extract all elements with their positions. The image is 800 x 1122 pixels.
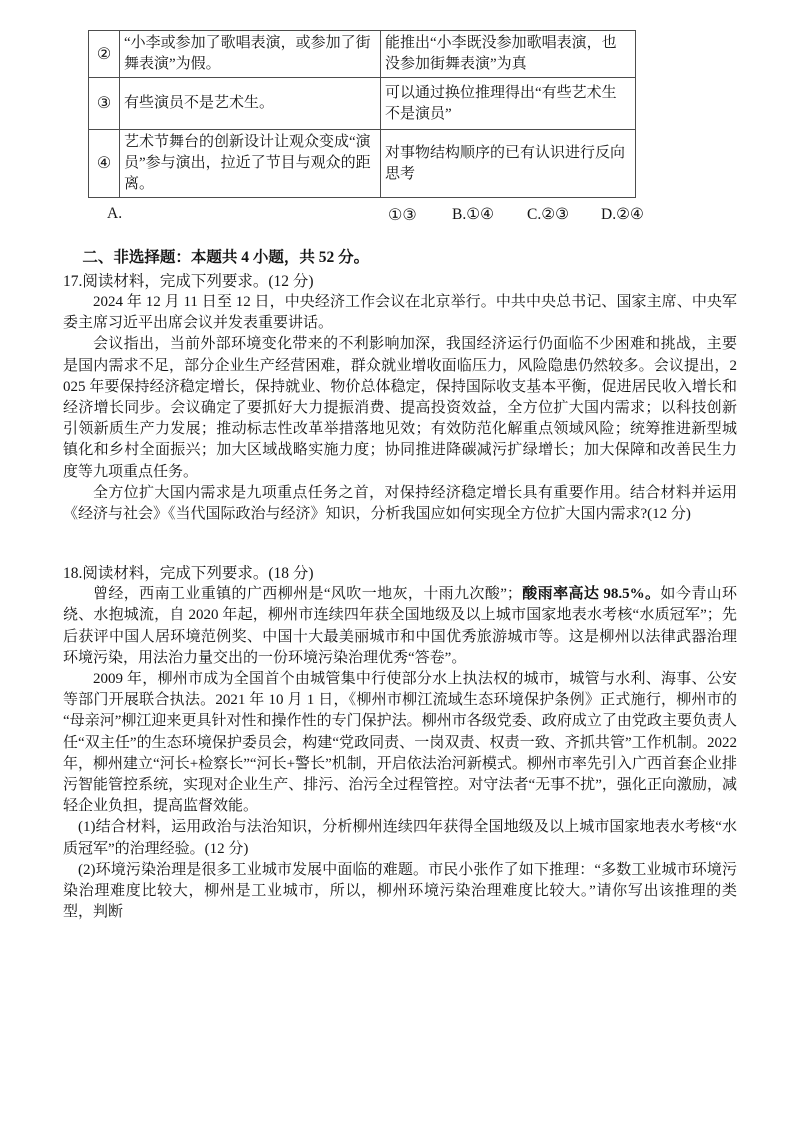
section-two-heading: 二、非选择题：本题共 4 小题，共 52 分。 bbox=[63, 247, 737, 268]
q18-paragraph-2: 2009 年，柳州市成为全国首个由城管集中行使部分水上执法权的城市，城管与水利、… bbox=[63, 669, 737, 817]
row-number: ② bbox=[89, 31, 120, 78]
question-17-title: 17.阅读材料，完成下列要求。(12 分) bbox=[63, 271, 737, 292]
option-b: B.①④ bbox=[452, 205, 494, 224]
option-c: C.②③ bbox=[527, 205, 569, 224]
option-a-value: ①③ bbox=[388, 205, 417, 225]
q18-p1-segment-before: 曾经，西南工业重镇的广西柳州是“风吹一地灰，十雨九次酸”； bbox=[93, 586, 522, 602]
statement-cell: 有些演员不是艺术生。 bbox=[120, 78, 381, 130]
q18-p1-bold-segment: 酸雨率高达 98.5%。 bbox=[522, 586, 661, 602]
statement-cell: 艺术节舞台的创新设计让观众变成“演员”参与演出，拉近了节目与观众的距离。 bbox=[120, 130, 381, 198]
question-18-title: 18.阅读材料，完成下列要求。(18 分) bbox=[63, 563, 737, 584]
option-d: D.②④ bbox=[601, 205, 644, 224]
reasoning-statements-table: ② “小李或参加了歌唱表演，或参加了街舞表演”为假。 能推出“小李既没参加歌唱表… bbox=[88, 30, 636, 198]
q17-paragraph-2: 会议指出，当前外部环境变化带来的不利影响加深，我国经济运行仍面临不少困难和挑战，… bbox=[63, 334, 737, 482]
q18-subquestion-2: (2)环境污染治理是很多工业城市发展中面临的难题。市民小张作了如下推理：“多数工… bbox=[63, 860, 737, 924]
q18-paragraph-1: 曾经，西南工业重镇的广西柳州是“风吹一地灰，十雨九次酸”；酸雨率高达 98.5%… bbox=[63, 584, 737, 669]
statement-cell: “小李或参加了歌唱表演，或参加了街舞表演”为假。 bbox=[120, 31, 381, 78]
table-row: ② “小李或参加了歌唱表演，或参加了街舞表演”为假。 能推出“小李既没参加歌唱表… bbox=[89, 31, 636, 78]
conclusion-cell: 对事物结构顺序的已有认识进行反向思考 bbox=[381, 130, 636, 198]
conclusion-cell: 可以通过换位推理得出“有些艺术生不是演员” bbox=[381, 78, 636, 130]
table-row: ③ 有些演员不是艺术生。 可以通过换位推理得出“有些艺术生不是演员” bbox=[89, 78, 636, 130]
answer-options-row: A. ①③ B.①④ C.②③ D.②④ bbox=[0, 205, 800, 225]
q17-paragraph-1: 2024 年 12 月 11 日至 12 日，中央经济工作会议在北京举行。中共中… bbox=[63, 292, 737, 334]
conclusion-cell: 能推出“小李既没参加歌唱表演，也没参加街舞表演”为真 bbox=[381, 31, 636, 78]
row-number: ③ bbox=[89, 78, 120, 130]
row-number: ④ bbox=[89, 130, 120, 198]
option-a-label: A. bbox=[107, 205, 122, 223]
exam-document-page: ② “小李或参加了歌唱表演，或参加了街舞表演”为假。 能推出“小李既没参加歌唱表… bbox=[0, 0, 800, 1122]
q17-task-paragraph: 全方位扩大国内需求是九项重点任务之首，对保持经济稳定增长具有重要作用。结合材料并… bbox=[63, 483, 737, 525]
table-row: ④ 艺术节舞台的创新设计让观众变成“演员”参与演出，拉近了节目与观众的距离。 对… bbox=[89, 130, 636, 198]
q18-subquestion-1: (1)结合材料，运用政治与法治知识，分析柳州连续四年获得全国地级及以上城市国家地… bbox=[63, 817, 737, 859]
